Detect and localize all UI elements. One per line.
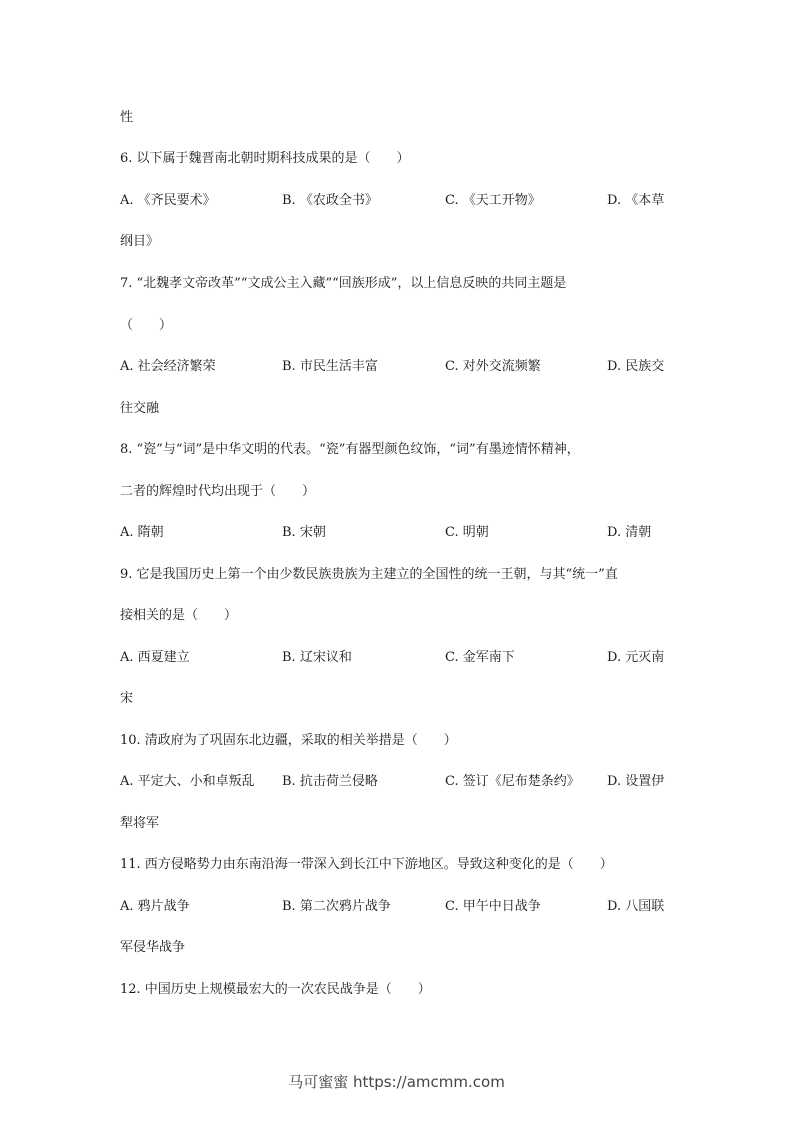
question-stem-cont: 二者的辉煌时代均出现于（ ） bbox=[120, 484, 315, 500]
question-stem: 11. 西方侵略势力由东南沿海一带深入到长江中下游地区。导致这种变化的是（ ） bbox=[120, 857, 613, 873]
question-stem: 9. 它是我国历史上第一个由少数民族贵族为主建立的全国性的统一王朝，与其“统一”… bbox=[120, 567, 618, 583]
option-wrap: 往交融 bbox=[120, 401, 159, 417]
option-a: A. 鸦片战争 bbox=[120, 899, 190, 915]
option-a: A. 社会经济繁荣 bbox=[120, 359, 216, 375]
option-d: D. 民族交 bbox=[607, 359, 664, 375]
option-b: B. 宋朝 bbox=[282, 525, 326, 541]
watermark-footer: 马可蜜蜜 https://amcmm.com bbox=[0, 1071, 793, 1092]
option-b: B. 《农政全书》 bbox=[282, 193, 378, 209]
option-a: A. 隋朝 bbox=[120, 525, 164, 541]
option-b: B. 第二次鸦片战争 bbox=[282, 899, 391, 915]
option-c: C. 金军南下 bbox=[445, 650, 515, 666]
option-b: B. 抗击荷兰侵略 bbox=[282, 774, 378, 790]
option-wrap: 宋 bbox=[120, 691, 133, 707]
option-c: C. 甲午中日战争 bbox=[445, 899, 541, 915]
question-stem: 8. “瓷”与“词”是中华文明的代表。“瓷”有器型颜色纹饰，“词”有墨迹情怀精神… bbox=[120, 442, 580, 458]
question-stem-cont: （ ） bbox=[120, 318, 172, 334]
question-stem-cont: 接相关的是（ ） bbox=[120, 608, 237, 624]
option-c: C. 签订《尼布楚条约》 bbox=[445, 774, 580, 790]
continuation-text: 性 bbox=[120, 110, 133, 126]
option-c: C. 《天工开物》 bbox=[445, 193, 541, 209]
question-stem: 12. 中国历史上规模最宏大的一次农民战争是（ ） bbox=[120, 982, 431, 998]
option-d: D. 设置伊 bbox=[607, 774, 664, 790]
option-d: D. 元灭南 bbox=[607, 650, 664, 666]
option-b: B. 辽宋议和 bbox=[282, 650, 352, 666]
option-a: A. 西夏建立 bbox=[120, 650, 190, 666]
option-d: D. 《本草 bbox=[607, 193, 664, 209]
option-wrap: 军侵华战争 bbox=[120, 940, 185, 956]
option-c: C. 明朝 bbox=[445, 525, 489, 541]
question-stem: 10. 清政府为了巩固东北边疆，采取的相关举措是（ ） bbox=[120, 733, 457, 749]
question-stem: 7. “北魏孝文帝改革”“文成公主入藏”“回族形成”，以上信息反映的共同主题是 bbox=[120, 276, 566, 292]
option-d: D. 八国联 bbox=[607, 899, 664, 915]
option-wrap: 犁将军 bbox=[120, 816, 159, 832]
option-d: D. 清朝 bbox=[607, 525, 651, 541]
option-b: B. 市民生活丰富 bbox=[282, 359, 378, 375]
option-a: A. 《齐民要术》 bbox=[120, 193, 216, 209]
option-wrap: 纲目》 bbox=[120, 234, 159, 250]
option-a: A. 平定大、小和卓叛乱 bbox=[120, 774, 255, 790]
question-stem: 6. 以下属于魏晋南北朝时期科技成果的是（ ） bbox=[120, 151, 410, 167]
option-c: C. 对外交流频繁 bbox=[445, 359, 541, 375]
